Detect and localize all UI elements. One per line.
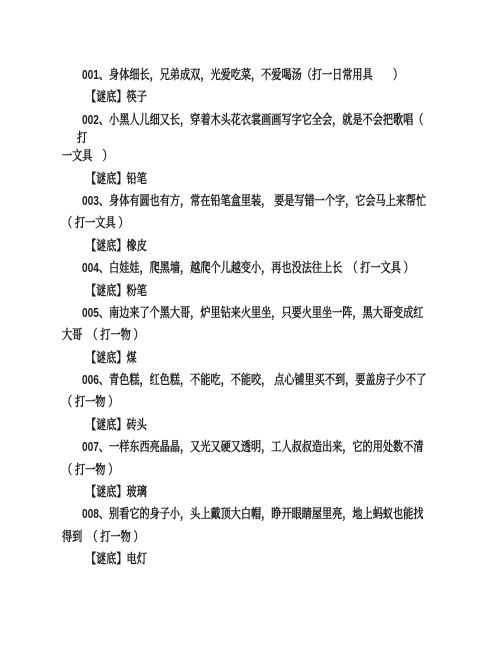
riddle-line-005: 005、南边来了个黑大哥，炉里钻来火里坐，只要火里坐一阵，黑大哥变成红	[62, 302, 470, 324]
riddle-text: 004、白娃娃，爬黑墙，越爬个儿越变小，再也没法往上长 （ 打一文具 ）	[82, 257, 414, 279]
answer-line-008: 【谜底】电灯	[62, 548, 470, 570]
riddle-wrap-text: （ 打一物 ）	[62, 391, 118, 413]
riddle-line-007-continuation: （ 打一物 ）	[62, 459, 470, 481]
riddle-text: 001、身体细长，兄弟成双，光爱吃菜，不爱喝汤（打一日常用具 ）	[82, 64, 403, 86]
document-page: 001、身体细长，兄弟成双，光爱吃菜，不爱喝汤（打一日常用具 ） 【谜底】筷子 …	[0, 0, 500, 647]
answer-text: 【谜底】筷子	[86, 86, 147, 108]
riddle-line-004: 004、白娃娃，爬黑墙，越爬个儿越变小，再也没法往上长 （ 打一文具 ）	[62, 257, 470, 279]
answer-text: 【谜底】电灯	[86, 548, 147, 570]
answer-text: 【谜底】粉笔	[86, 280, 147, 302]
riddle-text: 005、南边来了个黑大哥，炉里钻来火里坐，只要火里坐一阵，黑大哥变成红	[82, 302, 423, 324]
answer-text: 【谜底】煤	[86, 347, 137, 369]
riddle-text: 007、一样东西亮晶晶，又光又硬又透明，工人叔叔造出来，它的用处数不清	[82, 436, 423, 458]
answer-text: 【谜底】橡皮	[86, 235, 147, 257]
riddle-line-002: 002、小黑人儿细又长，穿着木头花衣裳画画写字它全会，就是不会把歌唱（	[62, 109, 470, 131]
riddle-wrap-text: （ 打一物 ）	[62, 459, 118, 481]
riddle-line-005-continuation: 大哥 （ 打一物 ）	[62, 324, 470, 346]
riddle-line-002-wrap: 打	[62, 131, 470, 145]
answer-line-004: 【谜底】粉笔	[62, 280, 470, 302]
riddle-text: 003、身体有圆也有方，常在铅笔盒里装， 要是写错一个字，它会马上来帮忙	[82, 190, 426, 212]
riddle-line-008: 008、别看它的身子小，头上戴顶大白帽，睁开眼睛屋里亮，地上蚂蚁也能找	[62, 503, 470, 525]
riddle-line-006: 006、青色糕，红色糕，不能吃，不能咬， 点心铺里买不到，要盖房子少不了	[62, 369, 470, 391]
answer-text: 【谜底】砖头	[86, 414, 147, 436]
riddle-text: 002、小黑人儿细又长，穿着木头花衣裳画画写字它全会，就是不会把歌唱（	[82, 109, 423, 131]
riddle-line-003: 003、身体有圆也有方，常在铅笔盒里装， 要是写错一个字，它会马上来帮忙	[62, 190, 470, 212]
riddle-wrap-text: 打	[77, 131, 87, 145]
answer-line-007: 【谜底】玻璃	[62, 481, 470, 503]
answer-line-006: 【谜底】砖头	[62, 414, 470, 436]
answer-text: 【谜底】铅笔	[86, 168, 147, 190]
riddle-line-006-continuation: （ 打一物 ）	[62, 391, 470, 413]
riddle-wrap-text: 得到 （ 打一物 ）	[62, 526, 144, 548]
answer-text: 【谜底】玻璃	[86, 481, 147, 503]
answer-line-005: 【谜底】煤	[62, 347, 470, 369]
answer-line-001: 【谜底】筷子	[62, 86, 470, 108]
riddle-line-003-continuation: （ 打一文具 ）	[62, 212, 470, 234]
riddle-wrap-text: （ 打一文具 ）	[62, 212, 128, 234]
riddle-wrap-text: 大哥 （ 打一物 ）	[62, 324, 144, 346]
riddle-text: 006、青色糕，红色糕，不能吃，不能咬， 点心铺里买不到，要盖房子少不了	[82, 369, 426, 391]
answer-line-002: 【谜底】铅笔	[62, 168, 470, 190]
answer-line-003: 【谜底】橡皮	[62, 235, 470, 257]
riddle-line-002-continuation: 一文具 ）	[62, 145, 470, 167]
riddle-wrap-text: 一文具 ）	[62, 145, 113, 167]
riddle-line-007: 007、一样东西亮晶晶，又光又硬又透明，工人叔叔造出来，它的用处数不清	[62, 436, 470, 458]
riddle-line-008-continuation: 得到 （ 打一物 ）	[62, 526, 470, 548]
riddle-text: 008、别看它的身子小，头上戴顶大白帽，睁开眼睛屋里亮，地上蚂蚁也能找	[82, 503, 423, 525]
riddle-line-001: 001、身体细长，兄弟成双，光爱吃菜，不爱喝汤（打一日常用具 ）	[62, 64, 470, 86]
